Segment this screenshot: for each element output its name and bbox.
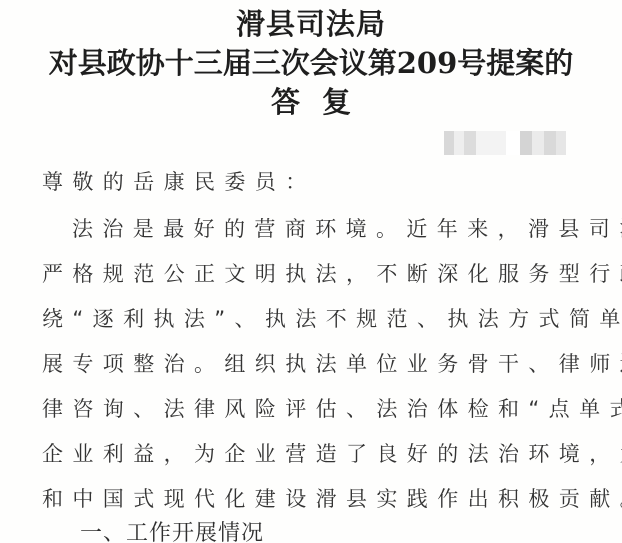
- redacted-block: [454, 131, 464, 155]
- redacted-block: [476, 131, 506, 155]
- paragraph-line: 法治是最好的营商环境。近年来，滑县司法局全面推进: [72, 215, 622, 243]
- redacted-reference-number: [444, 131, 566, 155]
- section-heading: 一、工作开展情况: [80, 520, 264, 543]
- redacted-block: [532, 131, 544, 155]
- redacted-block: [464, 131, 476, 155]
- title-subject: 对县政协十三届三次会议第209号提案的: [0, 45, 622, 81]
- paragraph-line: 展专项整治。组织执法单位业务骨干、律师进企业，提供法: [42, 350, 622, 378]
- paragraph-line: 绕“逐利执法”、执法不规范、执法方式简单粗暴等问题开: [42, 305, 622, 333]
- redacted-block: [444, 131, 454, 155]
- title-reply: 答复: [0, 84, 622, 120]
- paragraph-line: 严格规范公正文明执法，不断深化服务型行政执法，重点围: [42, 260, 622, 288]
- redacted-block: [544, 131, 556, 155]
- title-issuer: 滑县司法局: [0, 6, 622, 42]
- redacted-block: [556, 131, 566, 155]
- document-page: 滑县司法局 对县政协十三届三次会议第209号提案的 答复 尊敬的岳康民委员： 法…: [0, 0, 622, 543]
- paragraph-line: 企业利益，为企业营造了良好的法治环境，为法治滑县建设: [42, 440, 622, 468]
- paragraph-line: 律咨询、法律风险评估、法治体检和“点单式”普法，维护: [42, 395, 622, 423]
- salutation: 尊敬的岳康民委员：: [42, 168, 316, 196]
- paragraph-line: 和中国式现代化建设滑县实践作出积极贡献。: [42, 485, 622, 513]
- redacted-gap: [506, 131, 520, 155]
- redacted-block: [520, 131, 532, 155]
